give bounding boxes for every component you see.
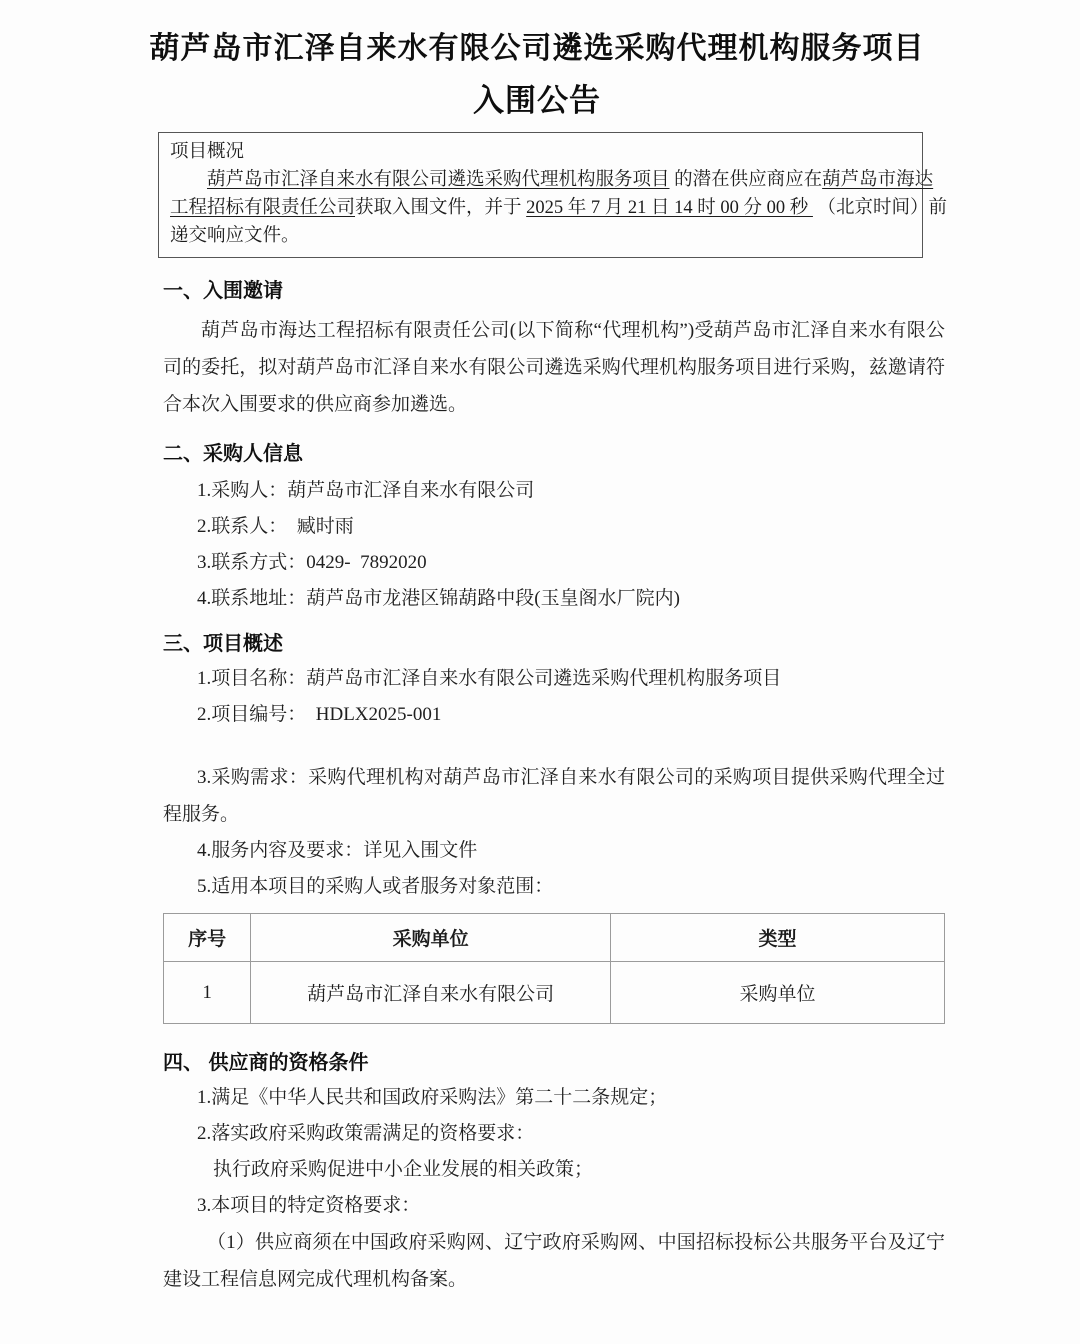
scope-table-header-unit: 采购单位: [251, 914, 611, 962]
buyer-address-item: 4.联系地址：葫芦岛市龙港区锦葫路中段(玉皇阁水厂院内): [197, 581, 945, 617]
qualification-list: 1.满足《中华人民共和国政府采购法》第二十二条规定； 2.落实政府采购政策需满足…: [163, 1080, 945, 1224]
scope-table-header-row: 序号 采购单位 类型: [164, 914, 945, 962]
overview-label: 项目概况: [170, 138, 911, 166]
project-overview-list: 1.项目名称：葫芦岛市汇泽自来水有限公司遴选采购代理机构服务项目 2.项目编号：…: [163, 661, 945, 733]
table-row: 1 葫芦岛市汇泽自来水有限公司 采购单位: [164, 962, 945, 1024]
qualification-law-item: 1.满足《中华人民共和国政府采购法》第二十二条规定；: [197, 1080, 945, 1116]
document-title-line2: 入围公告: [0, 76, 1077, 126]
buyer-phone-item: 3.联系方式：0429- 7892020: [197, 545, 945, 581]
buyer-info-list: 1.采购人：葫芦岛市汇泽自来水有限公司 2.联系人： 臧时雨 3.联系方式：04…: [163, 473, 945, 617]
scope-table-cell-seq: 1: [164, 962, 251, 1024]
scope-table-header-seq: 序号: [164, 914, 251, 962]
invitation-paragraph: 葫芦岛市海达工程招标有限责任公司(以下简称“代理机构”)受葫芦岛市汇泽自来水有限…: [163, 312, 945, 423]
scope-intro-item: 5.适用本项目的采购人或者服务对象范围：: [197, 869, 945, 905]
overview-project-name: 葫芦岛市汇泽自来水有限公司遴选采购代理机构服务项目: [207, 170, 670, 190]
overview-paragraph-line2: 工程招标有限责任公司获取入围文件，并于 2025 年 7 月 21 日 14 时…: [170, 194, 911, 222]
scope-table-cell-unit: 葫芦岛市汇泽自来水有限公司: [251, 962, 611, 1024]
overview-text: 获取入围文件，并于: [355, 198, 526, 218]
qualification-policy-sub-item: 执行政府采购促进中小企业发展的相关政策；: [213, 1152, 945, 1188]
qualification-specific-item: 3.本项目的特定资格要求：: [197, 1188, 945, 1224]
overview-deadline: 2025 年 7 月 21 日 14 时 00 分 00 秒: [526, 198, 813, 218]
qualification-specific-paragraph: （1）供应商须在中国政府采购网、辽宁政府采购网、中国招标投标公共服务平台及辽宁建…: [163, 1224, 945, 1298]
section-heading-buyer-info: 二、采购人信息: [163, 441, 945, 467]
scope-table: 序号 采购单位 类型 1 葫芦岛市汇泽自来水有限公司 采购单位: [163, 913, 945, 1024]
buyer-contact-person-item: 2.联系人： 臧时雨: [197, 509, 945, 545]
overview-agency-name-start: 葫芦岛市海达: [822, 170, 933, 190]
overview-paragraph-line3: 递交响应文件。: [170, 222, 911, 250]
section-heading-invitation: 一、入围邀请: [163, 278, 945, 304]
qualification-policy-item: 2.落实政府采购政策需满足的资格要求：: [197, 1116, 945, 1152]
project-name-item: 1.项目名称：葫芦岛市汇泽自来水有限公司遴选采购代理机构服务项目: [197, 661, 945, 697]
scope-table-cell-type: 采购单位: [611, 962, 945, 1024]
procurement-demand-paragraph: 3.采购需求：采购代理机构对葫芦岛市汇泽自来水有限公司的采购项目提供采购代理全过…: [163, 759, 945, 833]
section-heading-project-overview: 三、项目概述: [163, 631, 945, 657]
document-page: 葫芦岛市汇泽自来水有限公司遴选采购代理机构服务项目 入围公告 项目概况 葫芦岛市…: [0, 0, 1080, 1344]
overview-text: 的潜在供应商应在: [670, 170, 823, 190]
project-overview-box: 项目概况 葫芦岛市汇泽自来水有限公司遴选采购代理机构服务项目 的潜在供应商应在葫…: [158, 132, 923, 258]
service-content-item: 4.服务内容及要求：详见入围文件: [197, 833, 945, 869]
document-body: 项目概况 葫芦岛市汇泽自来水有限公司遴选采购代理机构服务项目 的潜在供应商应在葫…: [163, 132, 945, 1298]
section-heading-supplier-qualification: 四、 供应商的资格条件: [163, 1050, 945, 1076]
scope-table-header-type: 类型: [611, 914, 945, 962]
overview-agency-name-end: 工程招标有限责任公司: [170, 198, 355, 218]
project-number-item: 2.项目编号： HDLX2025-001: [197, 697, 945, 733]
overview-paragraph-line1: 葫芦岛市汇泽自来水有限公司遴选采购代理机构服务项目 的潜在供应商应在葫芦岛市海达: [170, 166, 911, 194]
overview-text: （北京时间）前: [813, 198, 947, 218]
buyer-name-item: 1.采购人：葫芦岛市汇泽自来水有限公司: [197, 473, 945, 509]
document-title-line1: 葫芦岛市汇泽自来水有限公司遴选采购代理机构服务项目: [0, 22, 1077, 76]
